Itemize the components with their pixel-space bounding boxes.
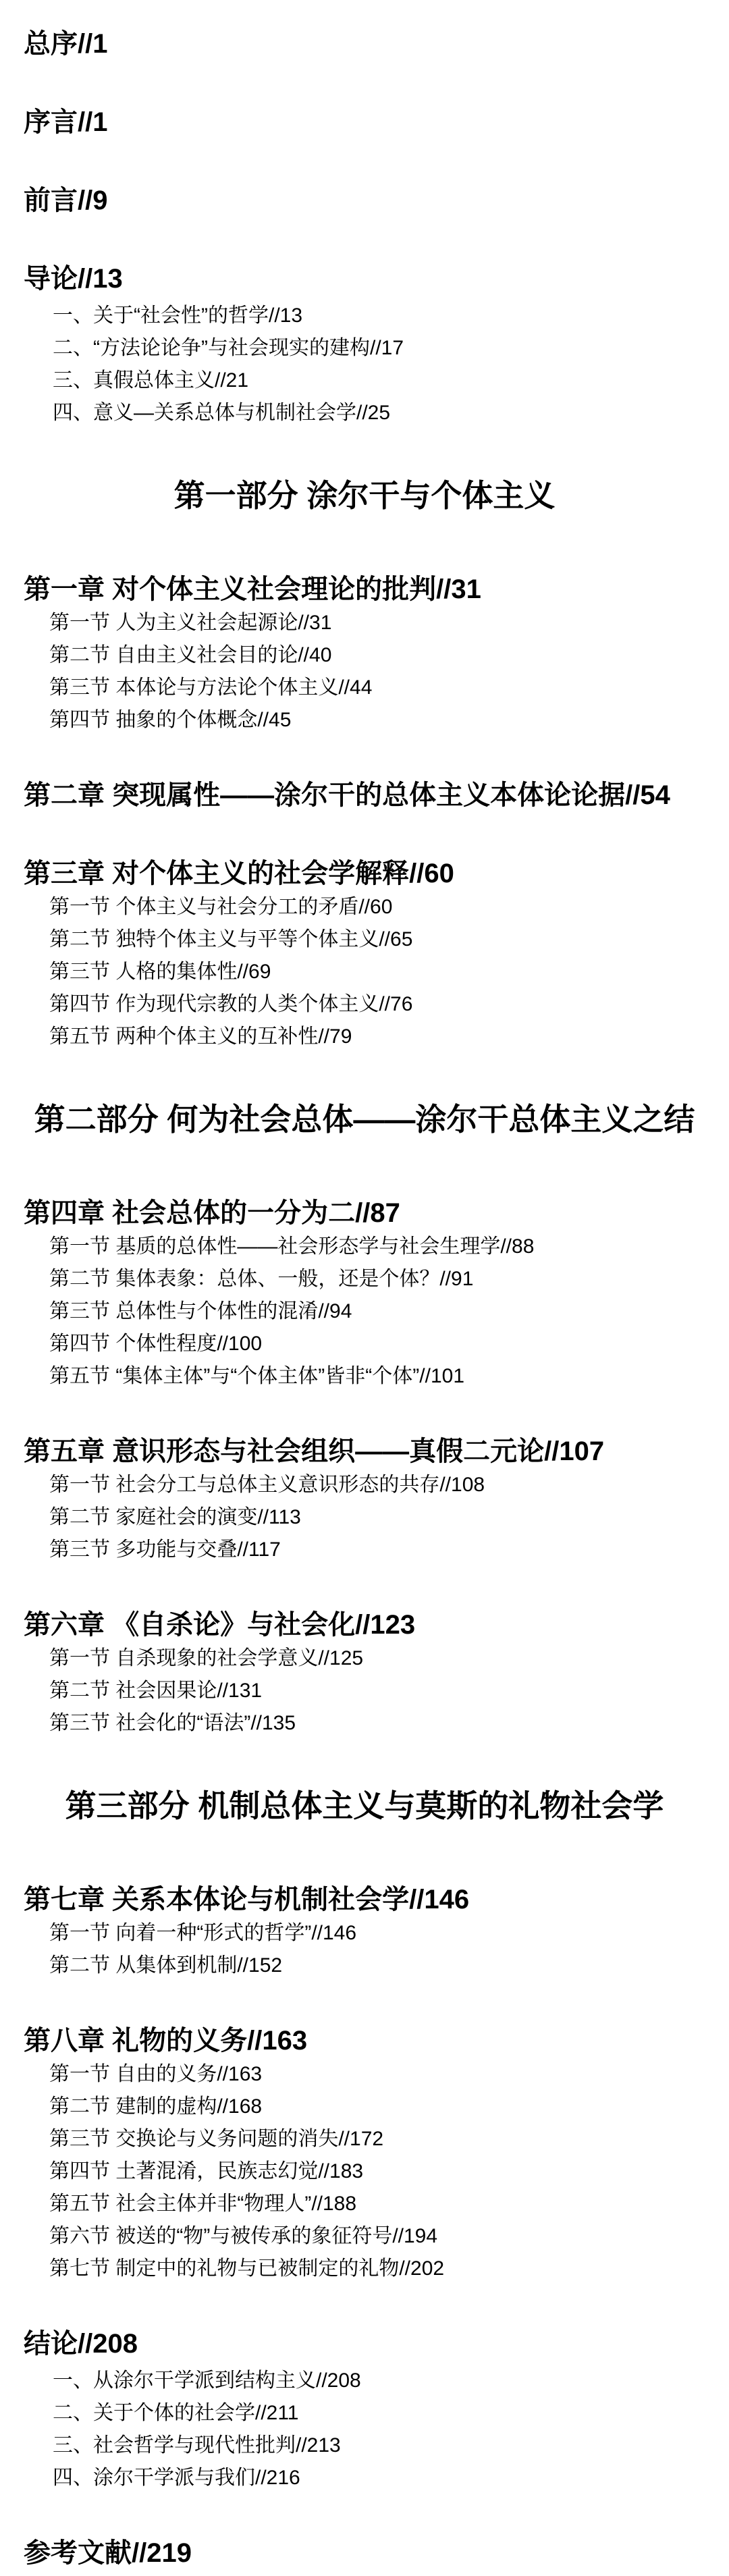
chapter-heading: 第五章 意识形态与社会组织——真假二元论//107 — [24, 1438, 729, 1465]
chapter-heading: 第六章 《自杀论》与社会化//123 — [24, 1611, 729, 1638]
chapter-heading: 第四章 社会总体的一分为二//87 — [24, 1200, 729, 1227]
chapter-heading: 第八章 礼物的义务//163 — [24, 2027, 729, 2054]
toc-page: 总序//1序言//1前言//9导论//13一、关于“社会性”的哲学//13二、“… — [0, 30, 729, 2567]
section-item: 第二节 建制的虚构//168 — [49, 2097, 729, 2117]
section-item: 第四节 抽象的个体概念//45 — [49, 710, 729, 730]
toplevel-heading: 前言//9 — [24, 187, 729, 214]
numbered-item: 一、从涂尔干学派到结构主义//208 — [53, 2371, 729, 2391]
section-item: 第三节 本体论与方法论个体主义//44 — [49, 678, 729, 698]
toplevel-heading: 导论//13 — [24, 265, 729, 292]
section-list: 第一节 自杀现象的社会学意义//125第二节 社会因果论//131第三节 社会化… — [0, 1648, 729, 1734]
toplevel-heading: 参考文献//219 — [24, 2540, 729, 2567]
section-item: 第一节 自杀现象的社会学意义//125 — [49, 1648, 729, 1669]
numbered-item: 二、关于个体的社会学//211 — [53, 2403, 729, 2423]
section-item: 第五节 “集体主体”与“个体主体”皆非“个体”//101 — [49, 1366, 729, 1387]
numbered-list: 一、从涂尔干学派到结构主义//208二、关于个体的社会学//211三、社会哲学与… — [0, 2371, 729, 2488]
toplevel-heading: 序言//1 — [24, 109, 729, 136]
section-item: 第三节 社会化的“语法”//135 — [49, 1713, 729, 1734]
numbered-item: 二、“方法论论争”与社会现实的建构//17 — [53, 338, 729, 358]
numbered-list: 一、关于“社会性”的哲学//13二、“方法论论争”与社会现实的建构//17三、真… — [0, 306, 729, 423]
section-item: 第一节 社会分工与总体主义意识形态的共存//108 — [49, 1475, 729, 1495]
section-item: 第四节 土著混淆，民族志幻觉//183 — [49, 2162, 729, 2182]
chapter-heading: 第一章 对个体主义社会理论的批判//31 — [24, 576, 729, 603]
numbered-item: 四、涂尔干学派与我们//216 — [53, 2468, 729, 2488]
section-item: 第三节 多功能与交叠//117 — [49, 1540, 729, 1560]
section-item: 第二节 自由主义社会目的论//40 — [49, 645, 729, 666]
toplevel-heading: 总序//1 — [24, 30, 729, 57]
section-item: 第三节 人格的集体性//69 — [49, 962, 729, 982]
section-item: 第二节 家庭社会的演变//113 — [49, 1507, 729, 1528]
section-item: 第四节 作为现代宗教的人类个体主义//76 — [49, 994, 729, 1015]
section-list: 第一节 基质的总体性——社会形态学与社会生理学//88第二节 集体表象：总体、一… — [0, 1237, 729, 1387]
section-item: 第六节 被送的“物”与被传承的象征符号//194 — [49, 2226, 729, 2247]
numbered-item: 三、真假总体主义//21 — [53, 371, 729, 391]
section-item: 第三节 交换论与义务问题的消失//172 — [49, 2129, 729, 2149]
part-heading: 第三部分 机制总体主义与莫斯的礼物社会学 — [0, 1790, 729, 1821]
section-item: 第二节 社会因果论//131 — [49, 1681, 729, 1701]
section-item: 第二节 独特个体主义与平等个体主义//65 — [49, 930, 729, 950]
section-list: 第一节 人为主义社会起源论//31第二节 自由主义社会目的论//40第三节 本体… — [0, 613, 729, 730]
section-item: 第四节 个体性程度//100 — [49, 1334, 729, 1354]
section-list: 第一节 个体主义与社会分工的矛盾//60第二节 独特个体主义与平等个体主义//6… — [0, 897, 729, 1047]
section-list: 第一节 向着一种“形式的哲学”//146第二节 从集体到机制//152 — [0, 1923, 729, 1976]
section-item: 第二节 集体表象：总体、一般，还是个体？//91 — [49, 1269, 729, 1289]
chapter-heading: 第二章 突现属性——涂尔干的总体主义本体论论据//54 — [24, 782, 729, 809]
section-item: 第一节 人为主义社会起源论//31 — [49, 613, 729, 633]
section-list: 第一节 自由的义务//163第二节 建制的虚构//168第三节 交换论与义务问题… — [0, 2064, 729, 2279]
part-heading: 第一部分 涂尔干与个体主义 — [0, 480, 729, 511]
numbered-item: 一、关于“社会性”的哲学//13 — [53, 306, 729, 326]
section-item: 第三节 总体性与个体性的混淆//94 — [49, 1302, 729, 1322]
numbered-item: 三、社会哲学与现代性批判//213 — [53, 2436, 729, 2456]
toplevel-heading: 结论//208 — [24, 2330, 729, 2357]
chapter-heading: 第七章 关系本体论与机制社会学//146 — [24, 1886, 729, 1913]
section-item: 第一节 基质的总体性——社会形态学与社会生理学//88 — [49, 1237, 729, 1257]
section-item: 第一节 个体主义与社会分工的矛盾//60 — [49, 897, 729, 917]
section-item: 第五节 两种个体主义的互补性//79 — [49, 1027, 729, 1047]
section-item: 第一节 自由的义务//163 — [49, 2064, 729, 2085]
section-item: 第五节 社会主体并非“物理人”//188 — [49, 2194, 729, 2214]
part-heading: 第二部分 何为社会总体——涂尔干总体主义之结 — [0, 1104, 729, 1135]
chapter-heading: 第三章 对个体主义的社会学解释//60 — [24, 860, 729, 887]
numbered-item: 四、意义—关系总体与机制社会学//25 — [53, 403, 729, 423]
section-item: 第一节 向着一种“形式的哲学”//146 — [49, 1923, 729, 1943]
section-item: 第七节 制定中的礼物与已被制定的礼物//202 — [49, 2259, 729, 2279]
section-item: 第二节 从集体到机制//152 — [49, 1956, 729, 1976]
section-list: 第一节 社会分工与总体主义意识形态的共存//108第二节 家庭社会的演变//11… — [0, 1475, 729, 1560]
